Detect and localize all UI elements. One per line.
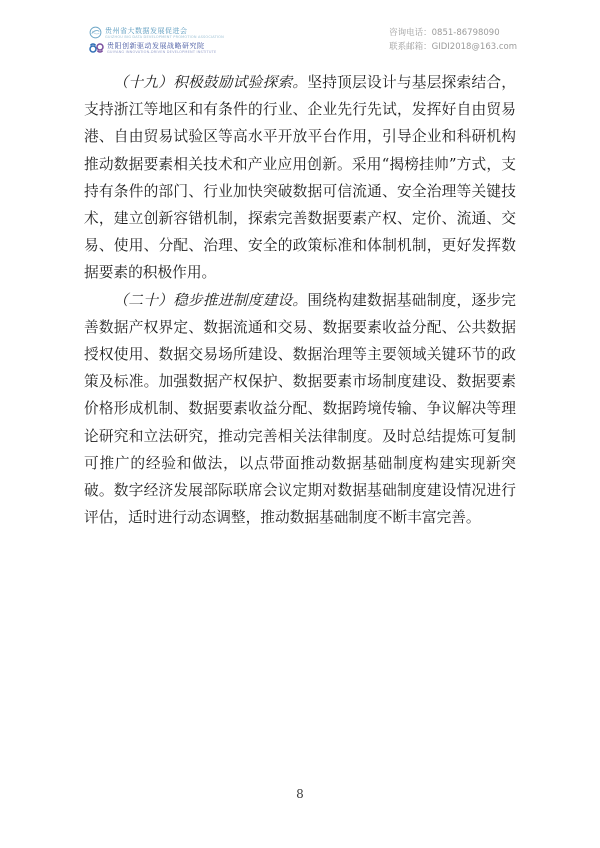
institute-swirl-icon <box>89 43 104 53</box>
contact-info: 咨询电话：0851-86798090 联系邮箱：GIDI2018@163.com <box>389 26 517 54</box>
contact-phone-value: 0851-86798090 <box>432 28 500 38</box>
association-emblem-icon <box>89 26 102 39</box>
paragraph-19-text: 坚持顶层设计与基层探索结合，支持浙江等地区和有条件的行业、企业先行先试，发挥好自… <box>84 74 516 281</box>
institute-logo-text: 贵阳创新驱动发展战略研究院 GUIYANG INNOVATION-DRIVEN … <box>107 42 216 54</box>
contact-phone-label: 咨询电话： <box>389 28 432 38</box>
paragraph-20: （二十）稳步推进制度建设。围绕构建数据基础制度，逐步完善数据产权界定、数据流通和… <box>84 287 516 532</box>
paragraph-19-lead: （十九）积极鼓励试验探索。 <box>113 74 307 91</box>
contact-email-label: 联系邮箱： <box>389 42 432 52</box>
logo-association: 贵州省大数据发展促进会 GUIZHOU BIG DATA DEVELOPMENT… <box>89 26 224 39</box>
logo-institute: 贵阳创新驱动发展战略研究院 GUIYANG INNOVATION-DRIVEN … <box>89 42 224 54</box>
contact-phone-line: 咨询电话：0851-86798090 <box>389 26 517 40</box>
contact-email-line: 联系邮箱：GIDI2018@163.com <box>389 40 517 54</box>
contact-email-value: GIDI2018@163.com <box>432 42 517 52</box>
page-header: 贵州省大数据发展促进会 GUIZHOU BIG DATA DEVELOPMENT… <box>89 26 517 54</box>
association-subtitle: GUIZHOU BIG DATA DEVELOPMENT PROMOTION A… <box>105 35 224 39</box>
paragraph-20-text: 围绕构建数据基础制度，逐步完善数据产权界定、数据流通和交易、数据要素收益分配、公… <box>84 292 516 527</box>
document-body: （十九）积极鼓励试验探索。坚持顶层设计与基层探索结合，支持浙江等地区和有条件的行… <box>84 69 516 531</box>
institute-name: 贵阳创新驱动发展战略研究院 <box>107 42 216 50</box>
document-page: 贵州省大数据发展促进会 GUIZHOU BIG DATA DEVELOPMENT… <box>0 0 600 848</box>
association-name: 贵州省大数据发展促进会 <box>105 27 224 35</box>
org-logos: 贵州省大数据发展促进会 GUIZHOU BIG DATA DEVELOPMENT… <box>89 26 224 54</box>
page-number: 8 <box>0 787 600 801</box>
institute-subtitle: GUIYANG INNOVATION-DRIVEN DEVELOPMENT IN… <box>107 50 216 54</box>
association-logo-text: 贵州省大数据发展促进会 GUIZHOU BIG DATA DEVELOPMENT… <box>105 27 224 39</box>
paragraph-19: （十九）积极鼓励试验探索。坚持顶层设计与基层探索结合，支持浙江等地区和有条件的行… <box>84 69 516 287</box>
paragraph-20-lead: （二十）稳步推进制度建设。 <box>113 292 307 309</box>
